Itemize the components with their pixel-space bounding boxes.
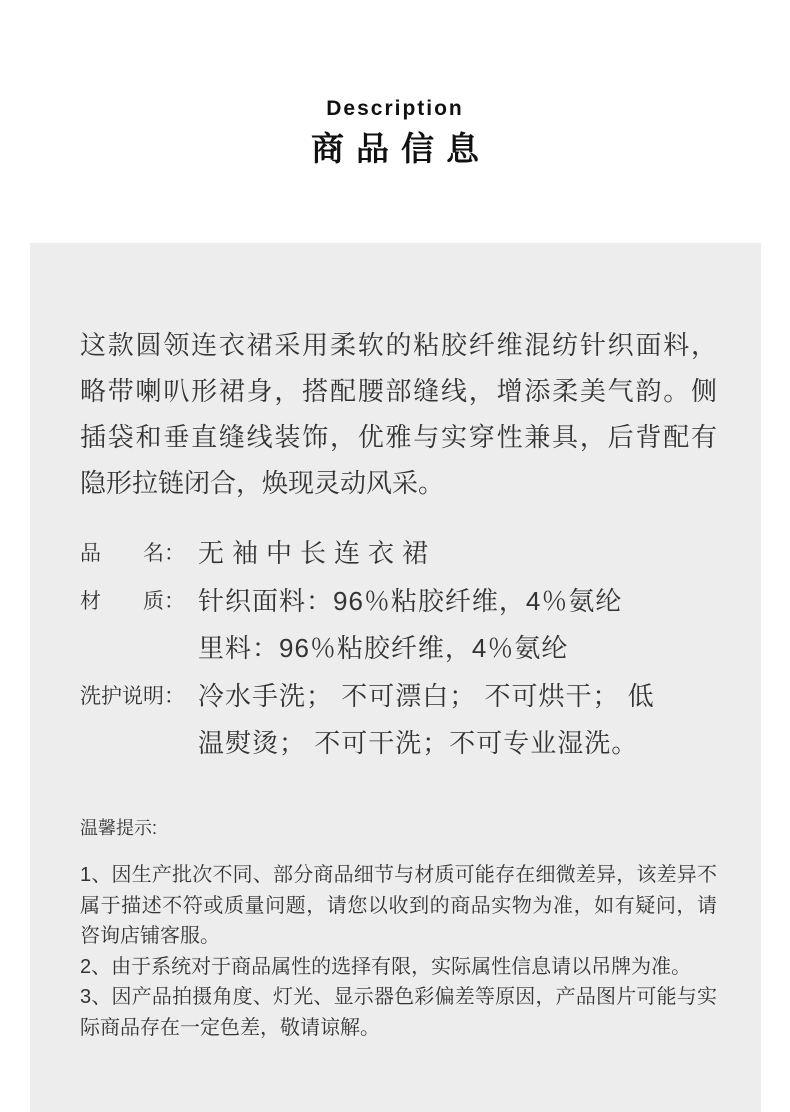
description-line: 略带喇叭形裙身，搭配腰部缝线，增添柔美气韵。侧 <box>80 368 717 414</box>
detail-row-care: 洗护说明： 冷水手洗； 不可漂白； 不可烘干； 低 温熨烫； 不可干洗；不可专业… <box>80 673 717 767</box>
section-header: Description 商品信息 <box>0 0 790 170</box>
detail-value: 冷水手洗； 不可漂白； 不可烘干； 低 温熨烫； 不可干洗；不可专业湿洗。 <box>198 673 717 767</box>
detail-value: 无袖中长连衣裙 <box>198 530 717 577</box>
detail-label: 洗护说明 <box>80 673 164 720</box>
tip-item-2: 2、由于系统对于商品属性的选择有限，实际属性信息请以吊牌为准。 <box>80 952 717 983</box>
tip-line: 属于描述不符或质量问题，请您以收到的商品实物为准，如有疑问，请 <box>80 891 717 922</box>
tip-line: 1、因生产批次不同、部分商品细节与材质可能存在细微差异，该差异不 <box>80 860 717 891</box>
detail-row-product-name: 品名： 无袖中长连衣裙 <box>80 530 717 577</box>
material-line: 里料：96％粘胶纤维，4％氨纶 <box>198 625 717 672</box>
detail-label-cell: 材质： <box>80 578 198 672</box>
tip-line: 3、因产品拍摄角度、灯光、显示器色彩偏差等原因，产品图片可能与实 <box>80 982 717 1013</box>
tip-item-1: 1、因生产批次不同、部分商品细节与材质可能存在细微差异，该差异不 属于描述不符或… <box>80 860 717 952</box>
header-subtitle: Description <box>0 94 790 124</box>
detail-label-cell: 洗护说明： <box>80 673 198 767</box>
tip-line: 2、由于系统对于商品属性的选择有限，实际属性信息请以吊牌为准。 <box>80 952 717 983</box>
detail-colon: ： <box>164 590 185 613</box>
detail-colon: ： <box>164 685 185 708</box>
description-line: 隐形拉链闭合，焕现灵动风采。 <box>80 460 717 506</box>
tips-section: 温馨提示: 1、因生产批次不同、部分商品细节与材质可能存在细微差异，该差异不 属… <box>80 815 717 1043</box>
care-line: 温熨烫； 不可干洗；不可专业湿洗。 <box>198 720 717 767</box>
product-details: 品名： 无袖中长连衣裙 材质： 针织面料：96％粘胶纤维，4％氨纶 里料：96％… <box>80 530 717 767</box>
page-title: 商品信息 <box>0 128 790 170</box>
care-line: 冷水手洗； 不可漂白； 不可烘干； 低 <box>198 673 717 720</box>
tip-item-3: 3、因产品拍摄角度、灯光、显示器色彩偏差等原因，产品图片可能与实 际商品存在一定… <box>80 982 717 1043</box>
tips-heading: 温馨提示: <box>80 815 717 841</box>
detail-label: 材质 <box>80 578 164 625</box>
description-line: 这款圆领连衣裙采用柔软的粘胶纤维混纺针织面料， <box>80 322 717 368</box>
description-line: 插袋和垂直缝线装饰，优雅与实穿性兼具，后背配有 <box>80 414 717 460</box>
tip-line: 际商品存在一定色差，敬请谅解。 <box>80 1013 717 1044</box>
product-name-value: 无袖中长连衣裙 <box>198 530 717 577</box>
detail-label: 品名 <box>80 530 164 577</box>
tip-line: 咨询店铺客服。 <box>80 921 717 952</box>
detail-value: 针织面料：96％粘胶纤维，4％氨纶 里料：96％粘胶纤维，4％氨纶 <box>198 578 717 672</box>
detail-label-cell: 品名： <box>80 530 198 577</box>
detail-row-material: 材质： 针织面料：96％粘胶纤维，4％氨纶 里料：96％粘胶纤维，4％氨纶 <box>80 578 717 672</box>
product-description-page: Description 商品信息 这款圆领连衣裙采用柔软的粘胶纤维混纺针织面料，… <box>0 0 790 1112</box>
product-info-panel: 这款圆领连衣裙采用柔软的粘胶纤维混纺针织面料， 略带喇叭形裙身，搭配腰部缝线，增… <box>30 243 761 1112</box>
detail-colon: ： <box>164 542 185 565</box>
material-line: 针织面料：96％粘胶纤维，4％氨纶 <box>198 578 717 625</box>
product-description: 这款圆领连衣裙采用柔软的粘胶纤维混纺针织面料， 略带喇叭形裙身，搭配腰部缝线，增… <box>80 322 717 506</box>
